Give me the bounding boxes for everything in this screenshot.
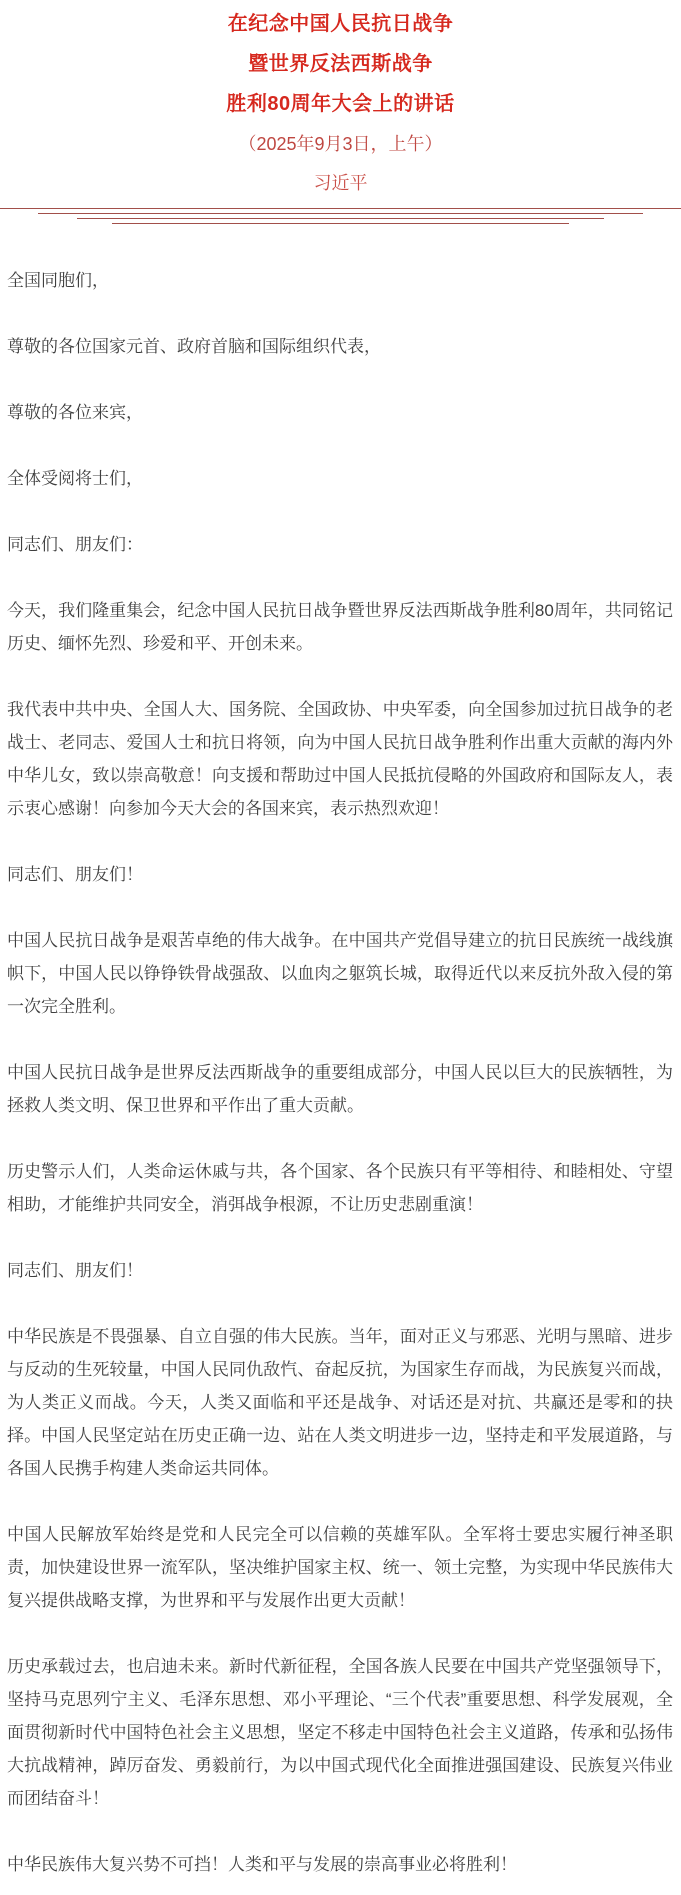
article-title-line-1: 在纪念中国人民抗日战争 (0, 4, 681, 44)
paragraph: 中国人民抗日战争是世界反法西斯战争的重要组成部分，中国人民以巨大的民族牺牲，为拯… (7, 1056, 673, 1122)
paragraph: 中国人民解放军始终是党和人民完全可以信赖的英雄军队。全军将士要忠实履行神圣职责，… (7, 1518, 673, 1617)
paragraph: 同志们、朋友们： (7, 528, 673, 561)
article-title-line-3: 胜利80周年大会上的讲话 (0, 84, 681, 124)
paragraph: 中华民族伟大复兴势不可挡！人类和平与发展的崇高事业必将胜利！ (7, 1848, 673, 1881)
paragraph: 今天，我们隆重集会，纪念中国人民抗日战争暨世界反法西斯战争胜利80周年，共同铭记… (7, 594, 673, 660)
paragraph: 全体受阅将士们， (7, 462, 673, 495)
article-header: 在纪念中国人民抗日战争 暨世界反法西斯战争 胜利80周年大会上的讲话 （2025… (0, 4, 681, 202)
paragraph: 中国人民抗日战争是艰苦卓绝的伟大战争。在中国共产党倡导建立的抗日民族统一战线旗帜… (7, 924, 673, 1023)
paragraph: 同志们、朋友们！ (7, 858, 673, 891)
article-date: （2025年9月3日，上午） (0, 124, 681, 164)
paragraph: 中华民族是不畏强暴、自立自强的伟大民族。当年，面对正义与邪恶、光明与黑暗、进步与… (7, 1320, 673, 1485)
paragraph: 历史警示人们，人类命运休戚与共，各个国家、各个民族只有平等相待、和睦相处、守望相… (7, 1155, 673, 1221)
paragraph: 全国同胞们， (7, 264, 673, 297)
paragraph: 历史承载过去，也启迪未来。新时代新征程，全国各族人民要在中国共产党坚强领导下，坚… (7, 1650, 673, 1815)
article-title-line-2: 暨世界反法西斯战争 (0, 44, 681, 84)
decorative-divider (0, 208, 681, 225)
paragraph: 我代表中共中央、全国人大、国务院、全国政协、中央军委，向全国参加过抗日战争的老战… (7, 693, 673, 825)
paragraph: 尊敬的各位来宾， (7, 396, 673, 429)
article-body: 全国同胞们， 尊敬的各位国家元首、政府首脑和国际组织代表， 尊敬的各位来宾， 全… (0, 225, 681, 1895)
paragraph: 尊敬的各位国家元首、政府首脑和国际组织代表， (7, 330, 673, 363)
paragraph: 同志们、朋友们！ (7, 1254, 673, 1287)
article-page: 在纪念中国人民抗日战争 暨世界反法西斯战争 胜利80周年大会上的讲话 （2025… (0, 0, 681, 1895)
article-author: 习近平 (0, 164, 681, 202)
